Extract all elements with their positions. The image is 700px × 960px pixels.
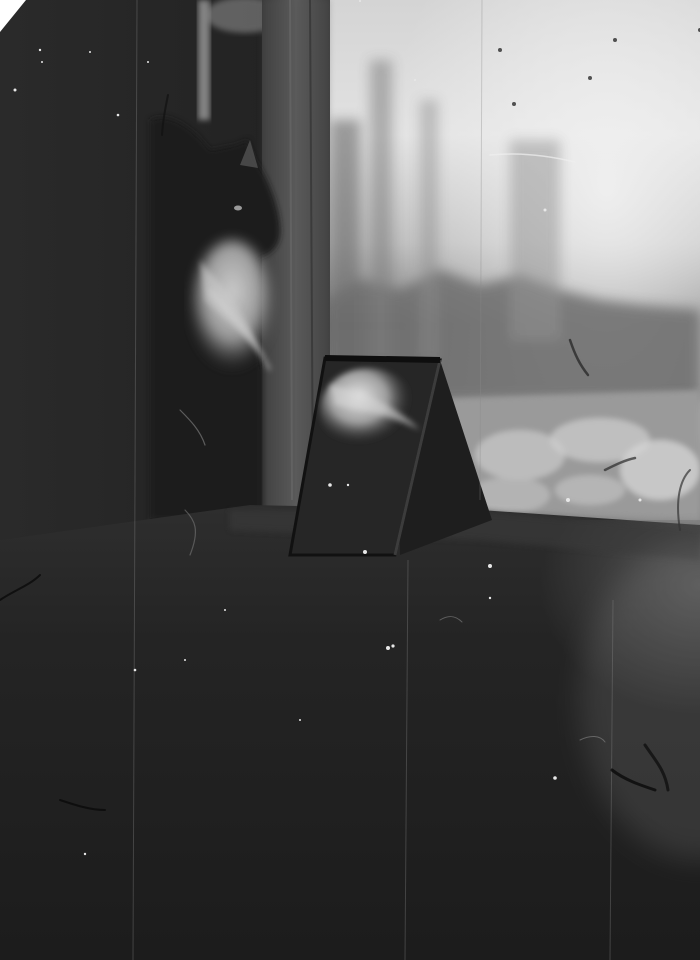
photo-scene — [0, 0, 700, 960]
photograph — [0, 0, 700, 960]
cat — [150, 117, 280, 520]
clipped-photo-corner — [0, 0, 26, 32]
